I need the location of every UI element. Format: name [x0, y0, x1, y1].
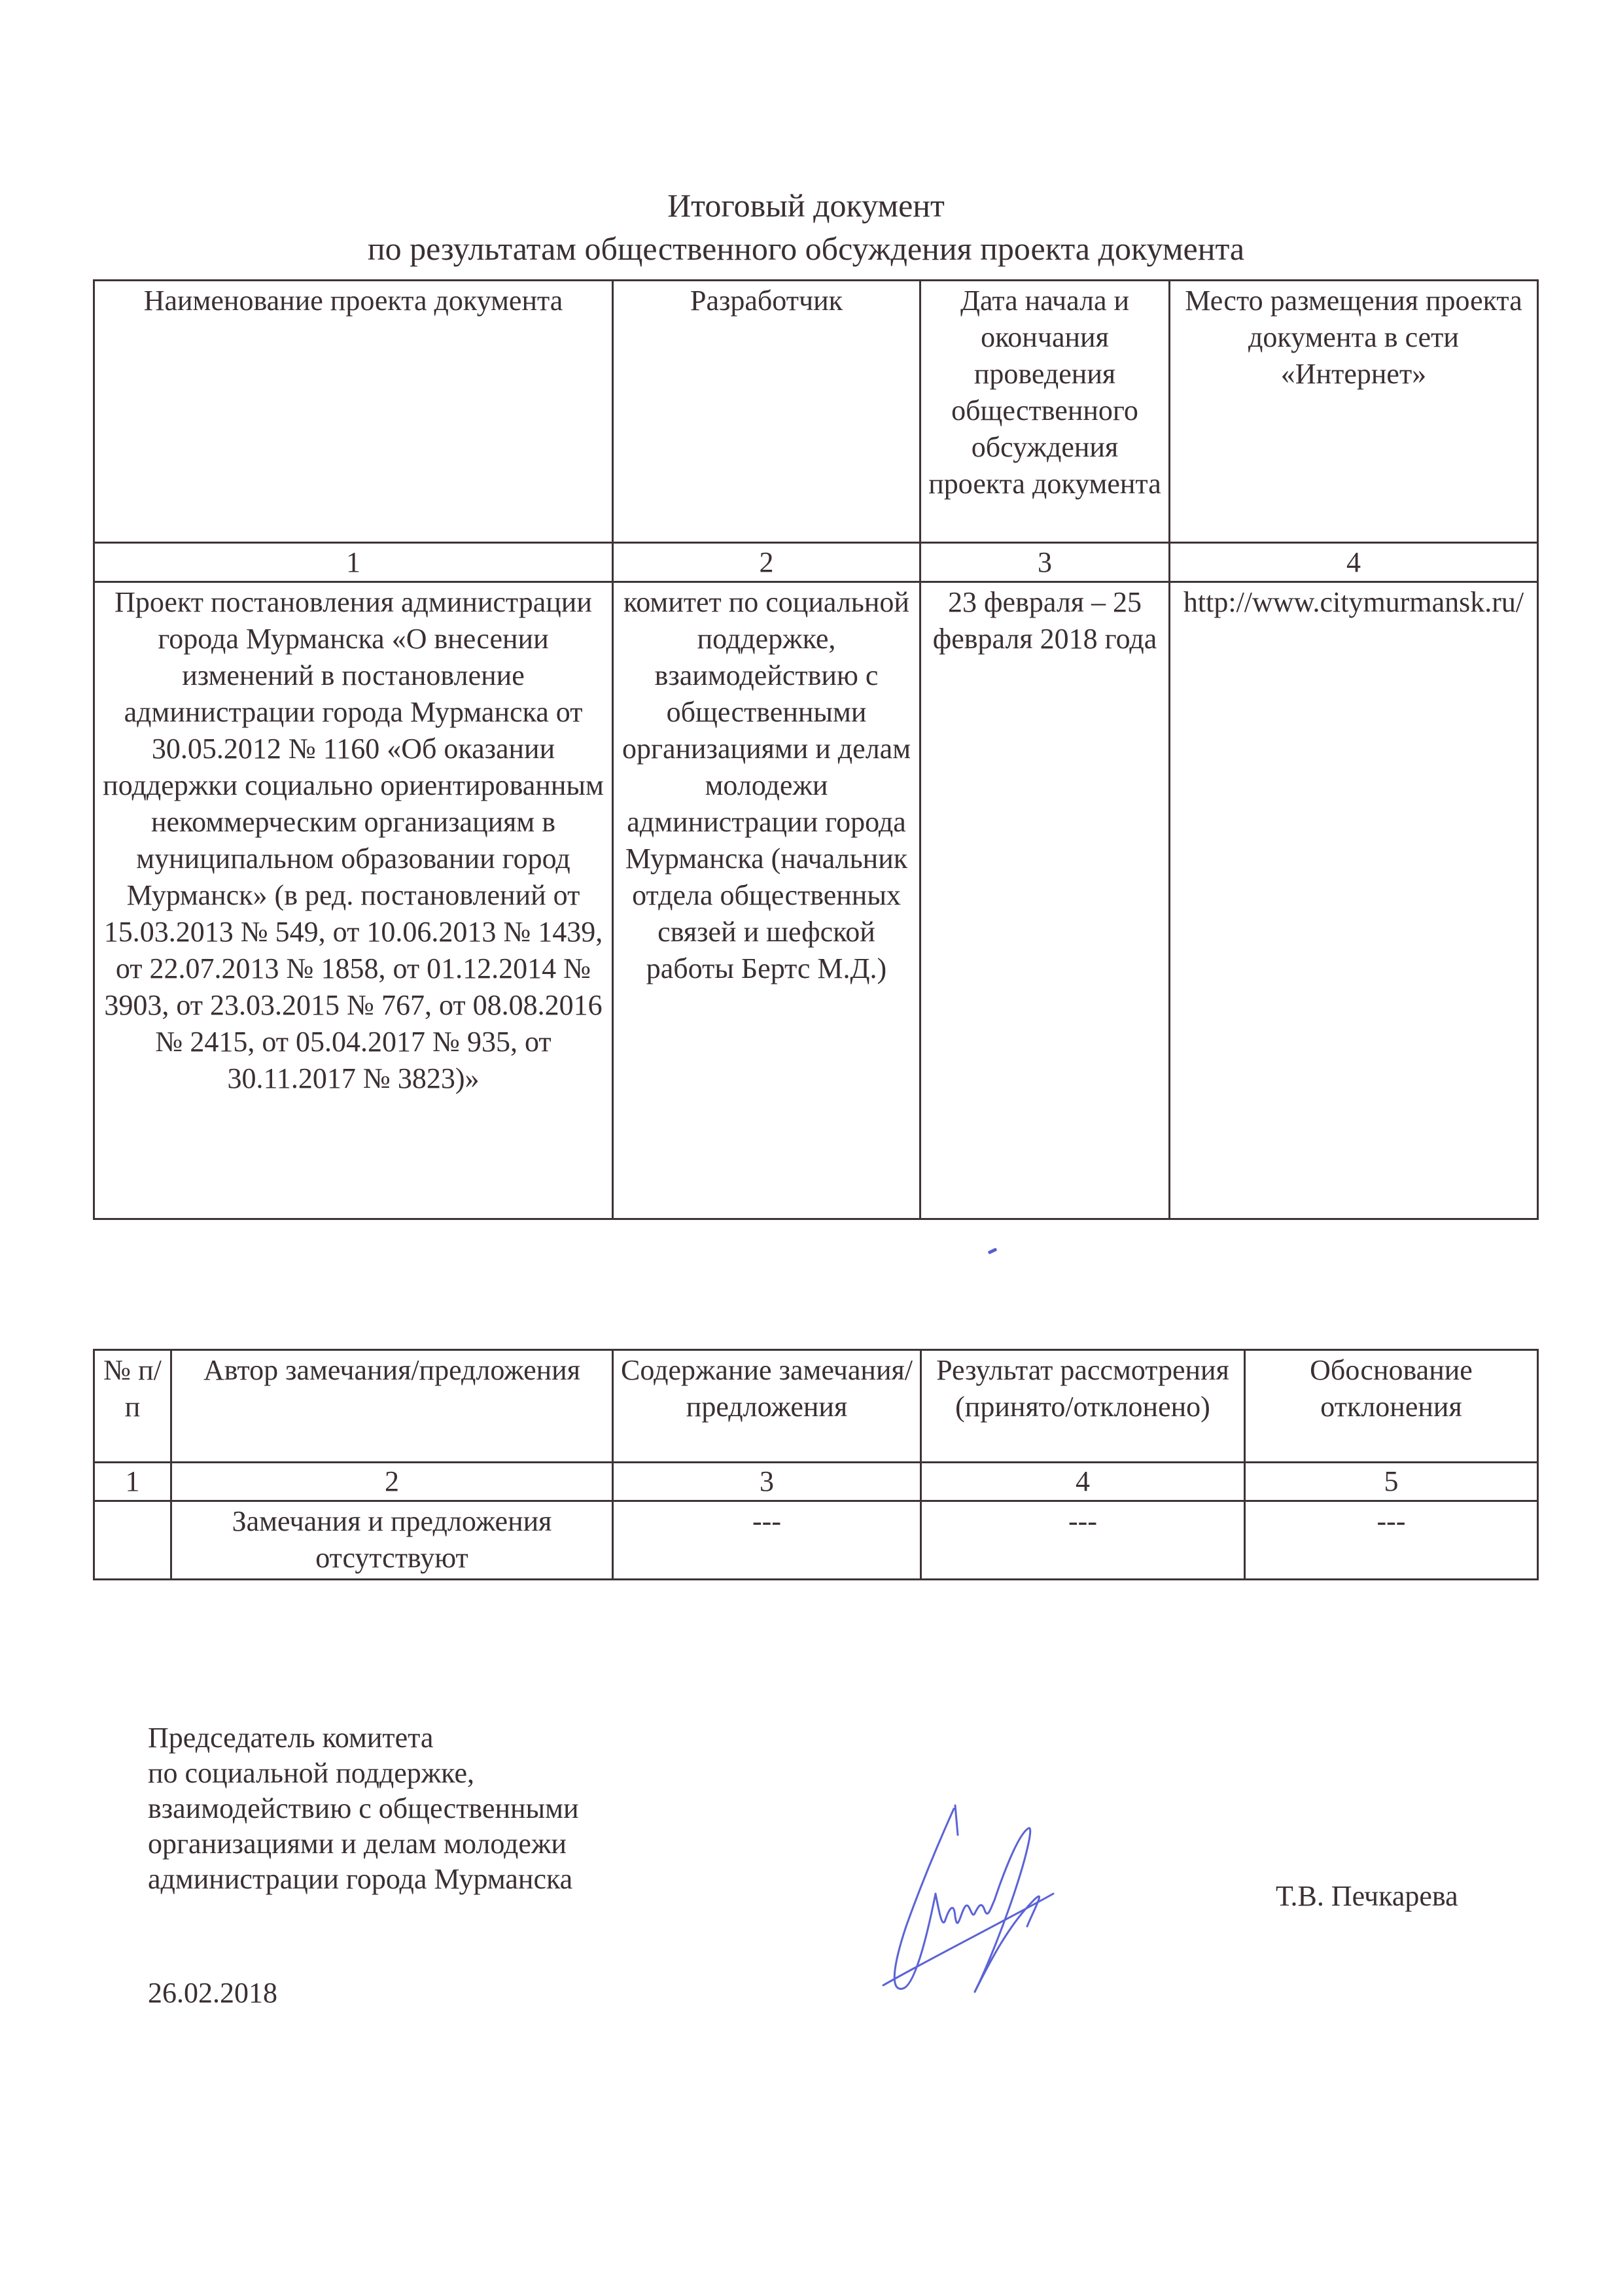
header-developer: Разработчик	[613, 281, 920, 543]
col-number: 3	[613, 1463, 921, 1501]
header-project-name: Наименование проекта документа	[94, 281, 613, 543]
author-cell: Замечания и предложения отсутствуют	[171, 1501, 613, 1580]
table1-number-row: 1 2 3 4	[94, 543, 1538, 582]
signatory-name: Т.В. Печкарева	[1276, 1879, 1458, 1914]
handwritten-signature-icon	[877, 1796, 1243, 2018]
table2-number-row: 1 2 3 4 5	[94, 1463, 1538, 1501]
project-info-table: Наименование проекта документа Разработч…	[93, 279, 1539, 1220]
table2-header-row: № п/п Автор замечания/предложения Содерж…	[94, 1350, 1538, 1463]
developer-cell: комитет по социальной поддержке, взаимод…	[613, 582, 920, 1219]
content-cell: ---	[613, 1501, 921, 1580]
ink-speck	[988, 1247, 998, 1254]
col-number: 1	[94, 543, 613, 582]
col-number: 4	[1170, 543, 1538, 582]
dates-cell: 23 февраля – 25 февраля 2018 года	[920, 582, 1170, 1219]
col-number: 4	[921, 1463, 1245, 1501]
result-cell: ---	[921, 1501, 1245, 1580]
col-number: 2	[613, 543, 920, 582]
justification-cell: ---	[1245, 1501, 1538, 1580]
table2-data-row: Замечания и предложения отсутствуют --- …	[94, 1501, 1538, 1580]
table1-header-row: Наименование проекта документа Разработч…	[94, 281, 1538, 543]
header-location: Место размещения проекта документа в сет…	[1170, 281, 1538, 543]
header-author: Автор замечания/предложения	[171, 1350, 613, 1463]
document-title-line1: Итоговый документ	[0, 184, 1612, 226]
url-link[interactable]: http://www.citymurmansk.ru/	[1170, 582, 1538, 1219]
col-number: 5	[1245, 1463, 1538, 1501]
col-number: 2	[171, 1463, 613, 1501]
project-name-cell: Проект постановления администрации город…	[94, 582, 613, 1219]
document-title-line2: по результатам общественного обсуждения …	[0, 228, 1612, 270]
header-justification: Обоснование отклонения	[1245, 1350, 1538, 1463]
header-content: Содержание замечания/ предложения	[613, 1350, 921, 1463]
signatory-position: Председатель комитета по социальной подд…	[148, 1720, 579, 1897]
table1-data-row: Проект постановления администрации город…	[94, 582, 1538, 1219]
index-cell	[94, 1501, 171, 1580]
header-index: № п/п	[94, 1350, 171, 1463]
col-number: 1	[94, 1463, 171, 1501]
comments-table: № п/п Автор замечания/предложения Содерж…	[93, 1349, 1539, 1580]
document-date: 26.02.2018	[148, 1975, 277, 2011]
header-dates: Дата начала и окончания проведения общес…	[920, 281, 1170, 543]
col-number: 3	[920, 543, 1170, 582]
header-result: Результат рассмотрения (принято/отклонен…	[921, 1350, 1245, 1463]
